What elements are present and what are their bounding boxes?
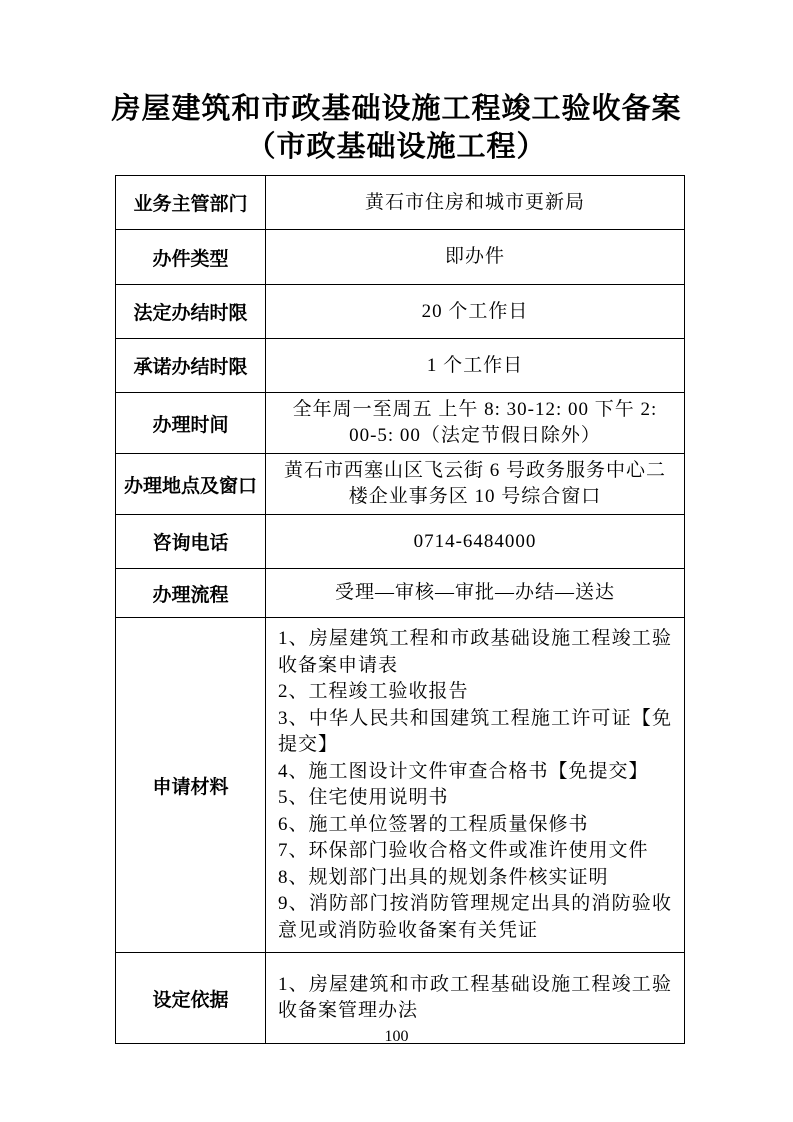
row-label-case-type: 办件类型 xyxy=(116,230,266,285)
table-row: 业务主管部门 黄石市住房和城市更新局 xyxy=(116,176,685,230)
row-value-handling-time: 全年周一至周五 上午 8: 30-12: 00 下午 2: 00-5: 00（法… xyxy=(266,393,685,454)
row-value-statutory-time-limit: 20 个工作日 xyxy=(266,285,685,339)
row-label-application-materials: 申请材料 xyxy=(116,618,266,953)
document-title-line1: 房屋建筑和市政基础设施工程竣工验收备案 xyxy=(0,90,793,128)
document-title-line2: （市政基础设施工程） xyxy=(0,128,793,166)
material-item: 8、规划部门出具的规划条件核实证明 xyxy=(278,865,672,892)
row-label-handling-time: 办理时间 xyxy=(116,393,266,454)
table-row: 办理时间 全年周一至周五 上午 8: 30-12: 00 下午 2: 00-5:… xyxy=(116,393,685,454)
material-item: 9、消防部门按消防管理规定出具的消防验收意见或消防验收备案有关凭证 xyxy=(278,891,672,944)
material-item: 1、房屋建筑工程和市政基础设施工程竣工验收备案申请表 xyxy=(278,626,672,679)
document-page: 房屋建筑和市政基础设施工程竣工验收备案 （市政基础设施工程） 业务主管部门 黄石… xyxy=(0,0,793,1122)
page-number: 100 xyxy=(0,1028,793,1046)
table-row: 办理流程 受理—审核—审批—办结—送达 xyxy=(116,569,685,618)
table-row: 法定办结时限 20 个工作日 xyxy=(116,285,685,339)
row-label-handling-location: 办理地点及窗口 xyxy=(116,454,266,515)
row-value-promised-time-limit: 1 个工作日 xyxy=(266,339,685,393)
row-label-consultation-phone: 咨询电话 xyxy=(116,515,266,569)
service-info-table: 业务主管部门 黄石市住房和城市更新局 办件类型 即办件 法定办结时限 20 个工… xyxy=(115,175,685,1044)
table-row: 办件类型 即办件 xyxy=(116,230,685,285)
application-materials-list: 1、房屋建筑工程和市政基础设施工程竣工验收备案申请表 2、工程竣工验收报告 3、… xyxy=(278,626,672,944)
row-value-consultation-phone: 0714-6484000 xyxy=(266,515,685,569)
row-value-case-type: 即办件 xyxy=(266,230,685,285)
material-item: 5、住宅使用说明书 xyxy=(278,785,672,812)
document-title: 房屋建筑和市政基础设施工程竣工验收备案 （市政基础设施工程） xyxy=(0,90,793,166)
material-item: 3、中华人民共和国建筑工程施工许可证【免提交】 xyxy=(278,706,672,759)
row-label-statutory-time-limit: 法定办结时限 xyxy=(116,285,266,339)
row-value-handling-process: 受理—审核—审批—办结—送达 xyxy=(266,569,685,618)
basis-item: 1、房屋建筑和市政工程基础设施工程竣工验收备案管理办法 xyxy=(278,972,672,1025)
material-item: 2、工程竣工验收报告 xyxy=(278,679,672,706)
row-value-application-materials: 1、房屋建筑工程和市政基础设施工程竣工验收备案申请表 2、工程竣工验收报告 3、… xyxy=(266,618,685,953)
material-item: 4、施工图设计文件审查合格书【免提交】 xyxy=(278,759,672,786)
material-item: 7、环保部门验收合格文件或准许使用文件 xyxy=(278,838,672,865)
row-value-competent-department: 黄石市住房和城市更新局 xyxy=(266,176,685,230)
row-label-competent-department: 业务主管部门 xyxy=(116,176,266,230)
table-row: 办理地点及窗口 黄石市西塞山区飞云街 6 号政务服务中心二楼企业事务区 10 号… xyxy=(116,454,685,515)
material-item: 6、施工单位签署的工程质量保修书 xyxy=(278,812,672,839)
table-row: 咨询电话 0714-6484000 xyxy=(116,515,685,569)
table-row: 承诺办结时限 1 个工作日 xyxy=(116,339,685,393)
row-value-handling-location: 黄石市西塞山区飞云街 6 号政务服务中心二楼企业事务区 10 号综合窗口 xyxy=(266,454,685,515)
table-row: 申请材料 1、房屋建筑工程和市政基础设施工程竣工验收备案申请表 2、工程竣工验收… xyxy=(116,618,685,953)
row-label-promised-time-limit: 承诺办结时限 xyxy=(116,339,266,393)
setting-basis-list: 1、房屋建筑和市政工程基础设施工程竣工验收备案管理办法 xyxy=(278,972,672,1025)
row-label-handling-process: 办理流程 xyxy=(116,569,266,618)
